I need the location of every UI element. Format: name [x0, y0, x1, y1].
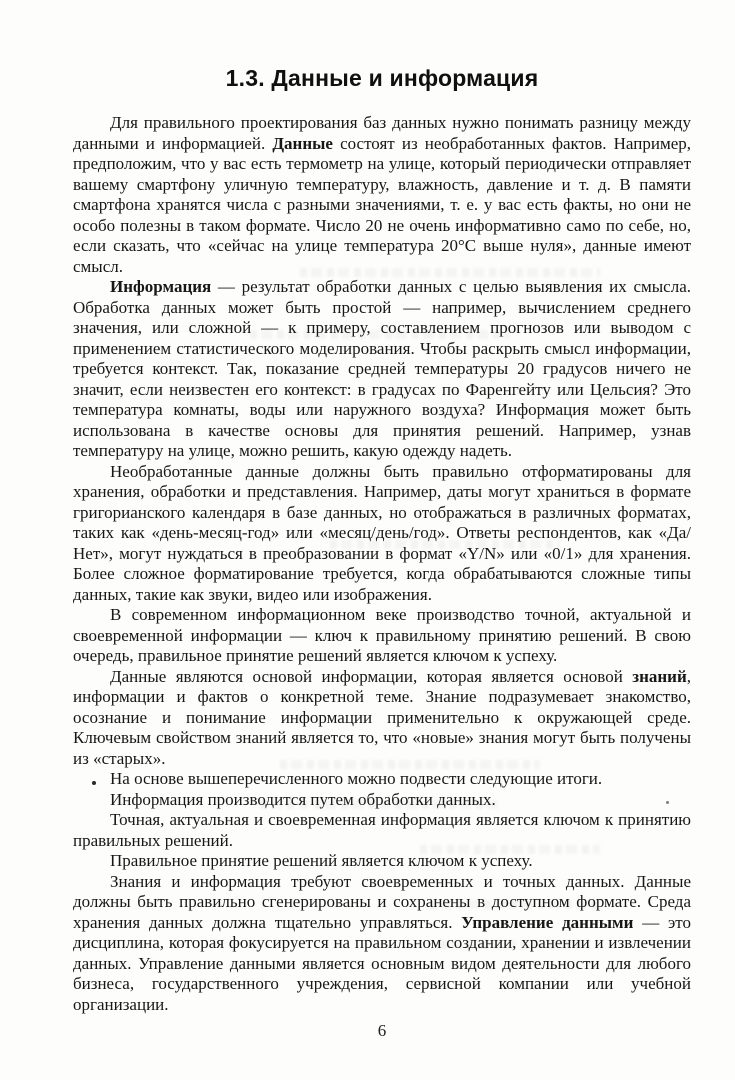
paragraph: Правильное принятие решений является клю… — [73, 851, 691, 872]
paragraph: Знания и информация требуют своевременны… — [73, 872, 691, 1016]
paragraph: Информация — результат обработки данных … — [73, 277, 691, 462]
text-run: На основе вышеперечисленного можно подве… — [110, 769, 602, 788]
bold-term: Управление данными — [461, 913, 633, 932]
text-run: Необработанные данные должны быть правил… — [73, 462, 691, 604]
text-run: Данные являются основой информации, кото… — [110, 667, 632, 686]
body-text: Для правильного проектирования баз данны… — [73, 113, 691, 1015]
page-number: 6 — [73, 1021, 691, 1041]
paragraph: Для правильного проектирования баз данны… — [73, 113, 691, 277]
paragraph: Информация производится путем обработки … — [73, 790, 691, 811]
section-title: 1.3. Данные и информация — [73, 66, 691, 91]
text-run: Правильное принятие решений является клю… — [110, 851, 533, 870]
paragraph: На основе вышеперечисленного можно подве… — [73, 769, 691, 790]
text-run: состоят из необработанных фактов. Наприм… — [73, 134, 691, 276]
text-run: Информация производится путем обработки … — [110, 790, 496, 809]
bold-term: Информация — [110, 277, 211, 296]
text-run: — результат обработки данных с целью выя… — [73, 277, 691, 460]
bold-term: Данные — [272, 134, 333, 153]
text-column: 1.3. Данные и информация Для правильного… — [73, 0, 691, 1015]
book-page: 1.3. Данные и информация Для правильного… — [0, 0, 735, 1080]
text-run: Точная, актуальная и своевременная инфор… — [73, 810, 691, 850]
bold-term: знаний — [632, 667, 687, 686]
paragraph: Точная, актуальная и своевременная инфор… — [73, 810, 691, 851]
paragraph: Необработанные данные должны быть правил… — [73, 462, 691, 606]
paragraph: В современном информационном веке произв… — [73, 605, 691, 667]
text-run: В современном информационном веке произв… — [73, 605, 691, 665]
paragraph: Данные являются основой информации, кото… — [73, 667, 691, 770]
